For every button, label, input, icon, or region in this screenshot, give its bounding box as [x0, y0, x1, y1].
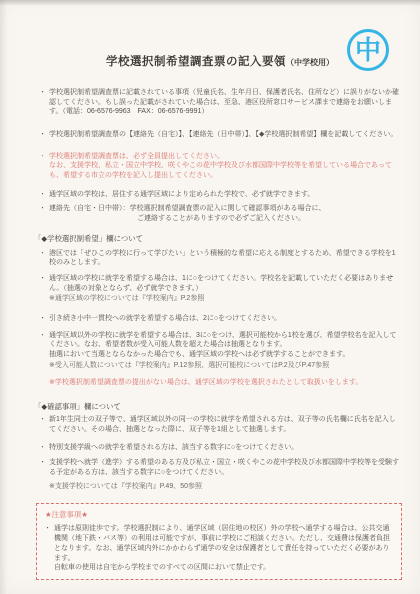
- contact-info-continuation: ご連絡することがありますので必ずご記入ください。: [137, 214, 400, 224]
- junior-high-badge: 中: [347, 29, 389, 71]
- confirm-note-guide-p49-50: ※支援学校については『学校案内』P.49、50参照: [49, 482, 400, 492]
- intro-bullet-district-school: 通学区域の学校は、居住する通学区域により定められた学校で、必ず就学できます。: [40, 190, 400, 200]
- contact-info-label: 連絡先（自宅・日中帯）：学校選択制希望調査票の記入に関して確認事項がある場合に、: [49, 205, 326, 212]
- no-submission-warning: ※学校選択制希望調査票の提出がない場合は、通学区域の学校を選択されたとして取扱い…: [49, 378, 400, 388]
- intro-bullet-fill-fields: 学校選択制希望調査票の【連絡先（自宅）】、【連絡先（日中帯）】、【◆学校選択制希…: [40, 130, 400, 140]
- document-page: 中 学校選択制希望調査票の記入要領（中学校用） 学校選択制希望調査票に記載されて…: [0, 0, 420, 594]
- choice-note-capacity-pages: ※受入可能人数については『学校案内』P.12参照、選択可能校についてはP.2及び…: [49, 361, 400, 371]
- school-choice-section: 「◆学校選択制希望」欄について 港区では「ぜひこの学校に行って学びたい」という積…: [40, 234, 400, 388]
- caution-box: ★注意事項★ 通学は原則徒歩です。学校選択制により、通学区域（居住地の校区）外の…: [36, 503, 402, 580]
- intro-section: 学校選択制希望調査票に記載されている事項（児童氏名、生年月日、保護者氏名、住所な…: [40, 88, 400, 224]
- intro-bullet-contact-info: 連絡先（自宅・日中帯）：学校選択制希望調査票の記入に関して確認事項がある場合に、…: [40, 204, 400, 223]
- choice-bullet-district-circle1: 通学区域の学校に就学を希望する場合は、1に○をつけてください。学校名を記載してい…: [40, 274, 400, 293]
- caution-box-title: ★注意事項★: [45, 509, 393, 520]
- page-title: 学校選択制希望調査票の記入要領: [106, 56, 286, 68]
- page-title-suffix: （中学校用）: [286, 58, 334, 67]
- choice-note-guide-p2: ※通学区域の学校については『学校案内』P.2参照: [49, 294, 400, 304]
- intro-bullet-verify-info: 学校選択制希望調査票に記載されている事項（児童氏名、生年月日、保護者氏名、住所な…: [40, 88, 400, 117]
- section-heading-confirmation: 「◆確認事項」欄について: [34, 402, 400, 412]
- confirm-bullet-twins: 新1年生同士の双子等で、通学区域以外の同一の学校に就学を希望される方は、双子等の…: [40, 415, 400, 434]
- choice-bullet-one-school-only: 港区では「ぜひこの学校に行って学びたい」という積極的な希望に応える制度とするため…: [40, 249, 400, 268]
- junior-high-badge-letter: 中: [355, 37, 381, 63]
- section-heading-school-choice: 「◆学校選択制希望」欄について: [34, 234, 400, 244]
- choice-item-outside-district: 通学区域以外の学校に就学を希望する場合は、3に○をつけ、選択可能校から1校を選び…: [40, 331, 400, 371]
- intro-bullet-must-submit: 学校選択制希望調査票は、必ず全員提出してください。 なお、支援学校、私立・国立中…: [40, 152, 400, 181]
- header: 学校選択制希望調査票の記入要領（中学校用）: [40, 0, 400, 70]
- confirm-bullet-special-class: 特別支援学級への就学を希望される方は、該当する数字に○をつけてください。: [40, 443, 400, 453]
- choice-item-district: 通学区域の学校に就学を希望する場合は、1に○をつけてください。学校名を記載してい…: [40, 274, 400, 304]
- confirm-bullet-support-school: 支援学校へ就学（進学）する希望のある方及び私立・国立・咲くやこの花中学校及び水都…: [40, 458, 400, 477]
- choice-bullet-outside-circle3: 通学区域以外の学校に就学を希望する場合は、3に○をつけ、選択可能校から1校を選び…: [40, 331, 400, 360]
- caution-box-body: 通学は原則徒歩です。学校選択制により、通学区域（居住地の校区）外の学校へ通学する…: [45, 524, 393, 573]
- choice-bullet-integrated-circle2: 引き続き小中一貫校への就学を希望する場合は、2に○をつけてください。: [40, 314, 400, 324]
- confirmation-section: 「◆確認事項」欄について 新1年生同士の双子等で、通学区域以外の同一の学校に就学…: [40, 402, 400, 491]
